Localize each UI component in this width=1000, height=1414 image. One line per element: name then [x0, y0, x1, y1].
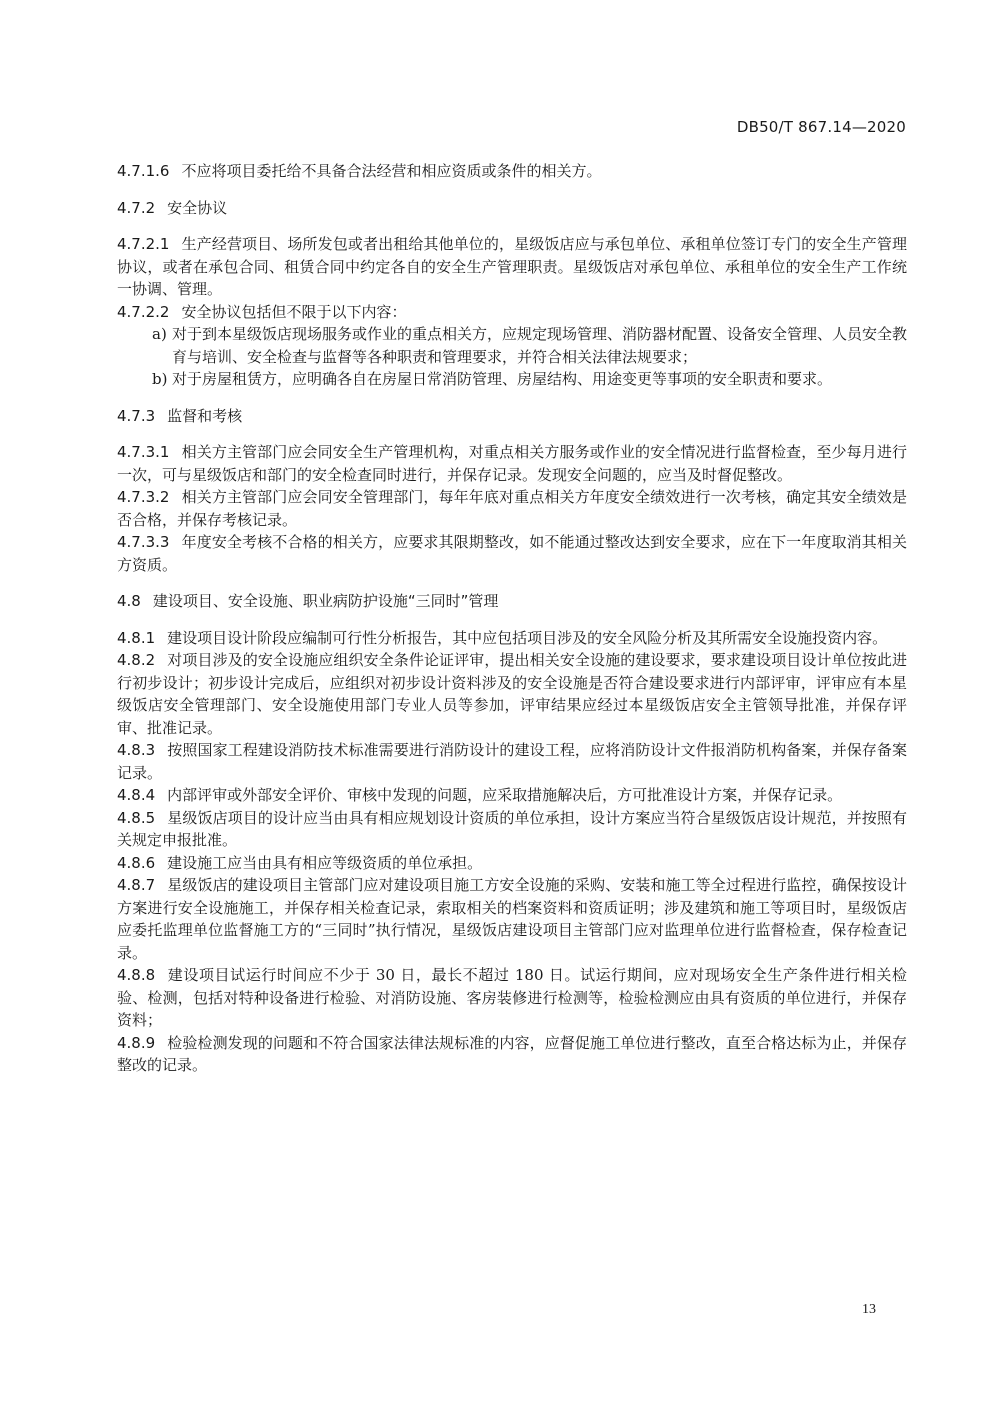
- clause-text: 检验检测发现的问题和不符合国家法律法规标准的内容，应督促施工单位进行整改，直至合…: [117, 1034, 907, 1075]
- heading-number: 4.7.2: [117, 199, 155, 217]
- clause-number: 4.8.6: [117, 854, 155, 872]
- clause-text: 建设项目设计阶段应编制可行性分析报告，其中应包括项目涉及的安全风险分析及其所需安…: [167, 629, 887, 647]
- clause-text: 建设项目试运行时间应不少于 30 日，最长不超过 180 日。试运行期间，应对现…: [117, 966, 907, 1029]
- clause-number: 4.8.2: [117, 651, 155, 669]
- clause-text: 安全协议包括但不限于以下内容：: [181, 303, 406, 321]
- clause-number: 4.8.9: [117, 1034, 155, 1052]
- clause-text: 相关方主管部门应会同安全管理部门，每年年底对重点相关方年度安全绩效进行一次考核，…: [117, 488, 907, 529]
- page-number: 13: [862, 1302, 876, 1318]
- clause-number: 4.8.8: [117, 966, 155, 984]
- clause-4-8-1: 4.8.1建设项目设计阶段应编制可行性分析报告，其中应包括项目涉及的安全风险分析…: [117, 627, 907, 650]
- clause-text: 相关方主管部门应会同安全生产管理机构，对重点相关方服务或作业的安全情况进行监督检…: [117, 443, 907, 484]
- clause-4-7-1-6: 4.7.1.6不应将项目委托给不具备合法经营和相应资质或条件的相关方。: [117, 160, 907, 183]
- clause-4-7-3-2: 4.7.3.2相关方主管部门应会同安全管理部门，每年年底对重点相关方年度安全绩效…: [117, 486, 907, 531]
- clause-number: 4.7.2.2: [117, 303, 169, 321]
- heading-number: 4.8: [117, 592, 141, 610]
- clause-4-8-6: 4.8.6建设施工应当由具有相应等级资质的单位承担。: [117, 852, 907, 875]
- heading-4-7-3: 4.7.3监督和考核: [117, 405, 907, 428]
- clause-number: 4.8.3: [117, 741, 155, 759]
- clause-text: 星级饭店项目的设计应当由具有相应规划设计资质的单位承担，设计方案应当符合星级饭店…: [117, 809, 907, 850]
- clause-number: 4.7.2.1: [117, 235, 169, 253]
- list-marker: a): [152, 323, 167, 346]
- heading-4-8: 4.8建设项目、安全设施、职业病防护设施“三同时”管理: [117, 590, 907, 613]
- clause-4-8-9: 4.8.9检验检测发现的问题和不符合国家法律法规标准的内容，应督促施工单位进行整…: [117, 1032, 907, 1077]
- clause-4-7-3-3: 4.7.3.3年度安全考核不合格的相关方，应要求其限期整改，如不能通过整改达到安…: [117, 531, 907, 576]
- clause-4-8-3: 4.8.3按照国家工程建设消防技术标准需要进行消防设计的建设工程，应将消防设计文…: [117, 739, 907, 784]
- standard-code-header: DB50/T 867.14—2020: [737, 118, 906, 136]
- heading-text: 建设项目、安全设施、职业病防护设施“三同时”管理: [153, 592, 499, 610]
- clause-text: 建设施工应当由具有相应等级资质的单位承担。: [167, 854, 482, 872]
- clause-text: 对项目涉及的安全设施应组织安全条件论证评审，提出相关安全设施的建设要求，要求建设…: [117, 651, 907, 737]
- heading-text: 安全协议: [167, 199, 227, 217]
- clause-number: 4.8.1: [117, 629, 155, 647]
- clause-4-8-4: 4.8.4内部评审或外部安全评价、审核中发现的问题，应采取措施解决后，方可批准设…: [117, 784, 907, 807]
- list-item: b)对于房屋租赁方，应明确各自在房屋日常消防管理、房屋结构、用途变更等事项的安全…: [117, 368, 907, 391]
- clause-4-8-2: 4.8.2对项目涉及的安全设施应组织安全条件论证评审，提出相关安全设施的建设要求…: [117, 649, 907, 739]
- heading-text: 监督和考核: [167, 407, 242, 425]
- clause-text: 生产经营项目、场所发包或者出租给其他单位的，星级饭店应与承包单位、承租单位签订专…: [117, 235, 907, 298]
- clause-text: 不应将项目委托给不具备合法经营和相应资质或条件的相关方。: [181, 162, 601, 180]
- clause-text: 年度安全考核不合格的相关方，应要求其限期整改，如不能通过整改达到安全要求，应在下…: [117, 533, 907, 574]
- clause-number: 4.7.3.3: [117, 533, 169, 551]
- clause-number: 4.8.4: [117, 786, 155, 804]
- clause-text: 星级饭店的建设项目主管部门应对建设项目施工方安全设施的采购、安装和施工等全过程进…: [117, 876, 907, 962]
- clause-number: 4.8.7: [117, 876, 155, 894]
- clause-number: 4.7.1.6: [117, 162, 169, 180]
- clause-text: 按照国家工程建设消防技术标准需要进行消防设计的建设工程，应将消防设计文件报消防机…: [117, 741, 907, 782]
- list-marker: b): [152, 368, 167, 391]
- clause-number: 4.7.3.2: [117, 488, 169, 506]
- clause-text: 内部评审或外部安全评价、审核中发现的问题，应采取措施解决后，方可批准设计方案，并…: [167, 786, 842, 804]
- clause-number: 4.8.5: [117, 809, 155, 827]
- list-item: a)对于到本星级饭店现场服务或作业的重点相关方，应规定现场管理、消防器材配置、设…: [117, 323, 907, 368]
- agreement-content-list: a)对于到本星级饭店现场服务或作业的重点相关方，应规定现场管理、消防器材配置、设…: [117, 323, 907, 391]
- heading-number: 4.7.3: [117, 407, 155, 425]
- heading-4-7-2: 4.7.2安全协议: [117, 197, 907, 220]
- clause-4-8-7: 4.8.7星级饭店的建设项目主管部门应对建设项目施工方安全设施的采购、安装和施工…: [117, 874, 907, 964]
- clause-4-7-3-1: 4.7.3.1相关方主管部门应会同安全生产管理机构，对重点相关方服务或作业的安全…: [117, 441, 907, 486]
- clause-4-7-2-1: 4.7.2.1生产经营项目、场所发包或者出租给其他单位的，星级饭店应与承包单位、…: [117, 233, 907, 301]
- list-item-text: 对于房屋租赁方，应明确各自在房屋日常消防管理、房屋结构、用途变更等事项的安全职责…: [172, 370, 832, 388]
- clause-number: 4.7.3.1: [117, 443, 169, 461]
- clause-4-8-8: 4.8.8建设项目试运行时间应不少于 30 日，最长不超过 180 日。试运行期…: [117, 964, 907, 1032]
- list-item-text: 对于到本星级饭店现场服务或作业的重点相关方，应规定现场管理、消防器材配置、设备安…: [172, 325, 907, 366]
- document-body: 4.7.1.6不应将项目委托给不具备合法经营和相应资质或条件的相关方。 4.7.…: [117, 160, 907, 1077]
- clause-4-8-5: 4.8.5星级饭店项目的设计应当由具有相应规划设计资质的单位承担，设计方案应当符…: [117, 807, 907, 852]
- clause-4-7-2-2: 4.7.2.2安全协议包括但不限于以下内容：: [117, 301, 907, 324]
